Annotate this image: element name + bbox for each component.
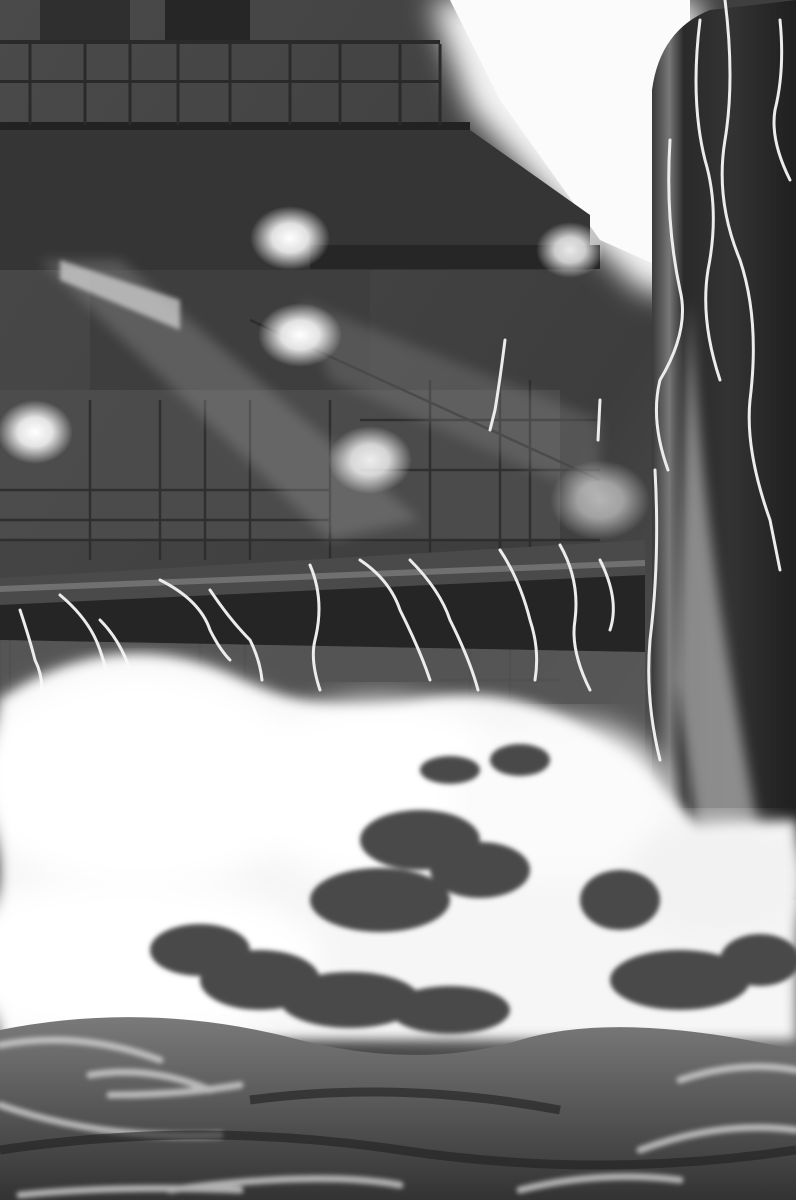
illustration-scene [0, 0, 796, 1200]
artwork-canvas [0, 0, 796, 1200]
